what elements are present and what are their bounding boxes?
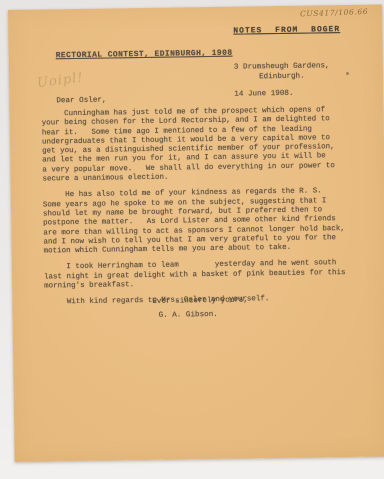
salutation: Dear Osler, [56, 97, 106, 106]
letter-paper: CUS417/106.66 NOTES FROM BOGER RECTORIAL… [8, 4, 384, 461]
stamp-header: NOTES FROM BOGER [233, 25, 340, 36]
letter-paragraph: I took Herringham to leam yesterday and … [44, 259, 374, 292]
valediction: Ever sincerely yours, [152, 296, 248, 305]
letter-paragraph: Cunningham has just told me of the prosp… [41, 106, 372, 185]
pencil-marginalia: Uoipl! [36, 71, 84, 91]
address-line-1: 3 Drumsheugh Gardens, [234, 62, 330, 73]
letter-paragraph: He has also told me of your kindness as … [43, 187, 374, 257]
letter-date: 14 June 1908. [234, 89, 330, 100]
archival-reference-handwritten: CUS417/106.66 [300, 7, 368, 18]
ink-speck [346, 72, 349, 75]
signature: G. A. Gibson. [158, 311, 217, 320]
document-title: RECTORIAL CONTEST, EDINBURGH, 1908 [56, 49, 233, 61]
address-block: 3 Drumsheugh Gardens, Edinburgh. 14 June… [234, 62, 330, 100]
address-line-2: Edinburgh. [234, 72, 330, 83]
letter-body: Cunningham has just told me of the prosp… [41, 106, 374, 316]
scanned-letter-page: { "archival_ref": "CUS417/106.66", "stam… [0, 0, 384, 479]
